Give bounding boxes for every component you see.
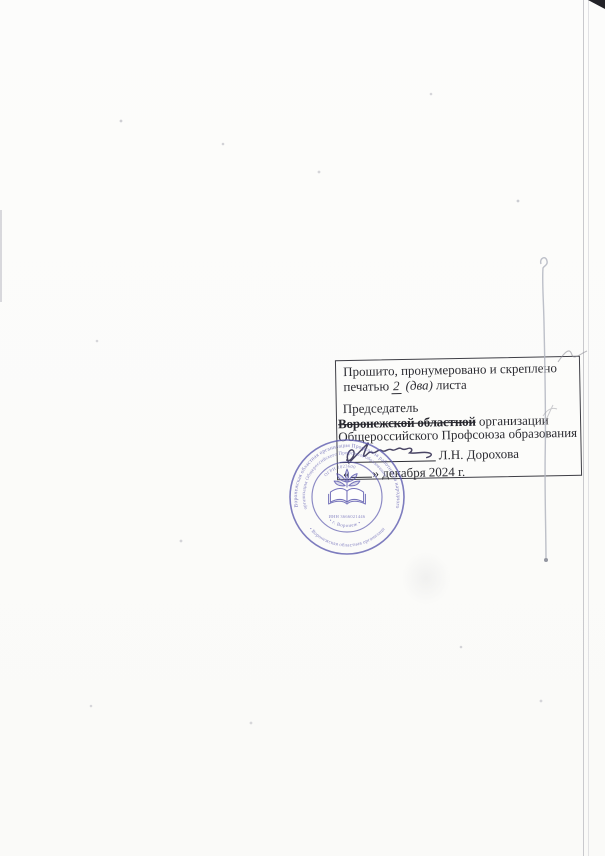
pencil-scribble (556, 346, 590, 368)
seal-inn-text: ИНН 3666021446 (329, 514, 366, 519)
paper-specks (0, 0, 2, 2)
signer-name: Л.Н. Дорохова (439, 446, 520, 463)
page-corner-fold (588, 0, 605, 9)
book-emblem (329, 469, 366, 504)
chairman-title: Председатель (343, 401, 419, 416)
sheet-count-suffix: листа (436, 377, 467, 393)
seal-city-text: • г. Воронеж • (328, 519, 362, 529)
scanner-edge-shadow (583, 0, 584, 856)
scanner-edge-shadow-2 (588, 0, 589, 856)
scanned-page: Прошито, пронумеровано и скреплено печат… (0, 0, 605, 856)
sheet-count-words: (два) (405, 377, 433, 392)
sheet-count-prefix: печатью (343, 378, 389, 394)
binding-note-line-2: печатью2(два)листа (343, 378, 467, 394)
official-seal: Воронежская областная организация Профсо… (277, 427, 417, 567)
x-mark-smudge (541, 403, 561, 423)
left-edge-artifact (0, 210, 2, 302)
sheet-count-digit: 2 (391, 378, 402, 394)
